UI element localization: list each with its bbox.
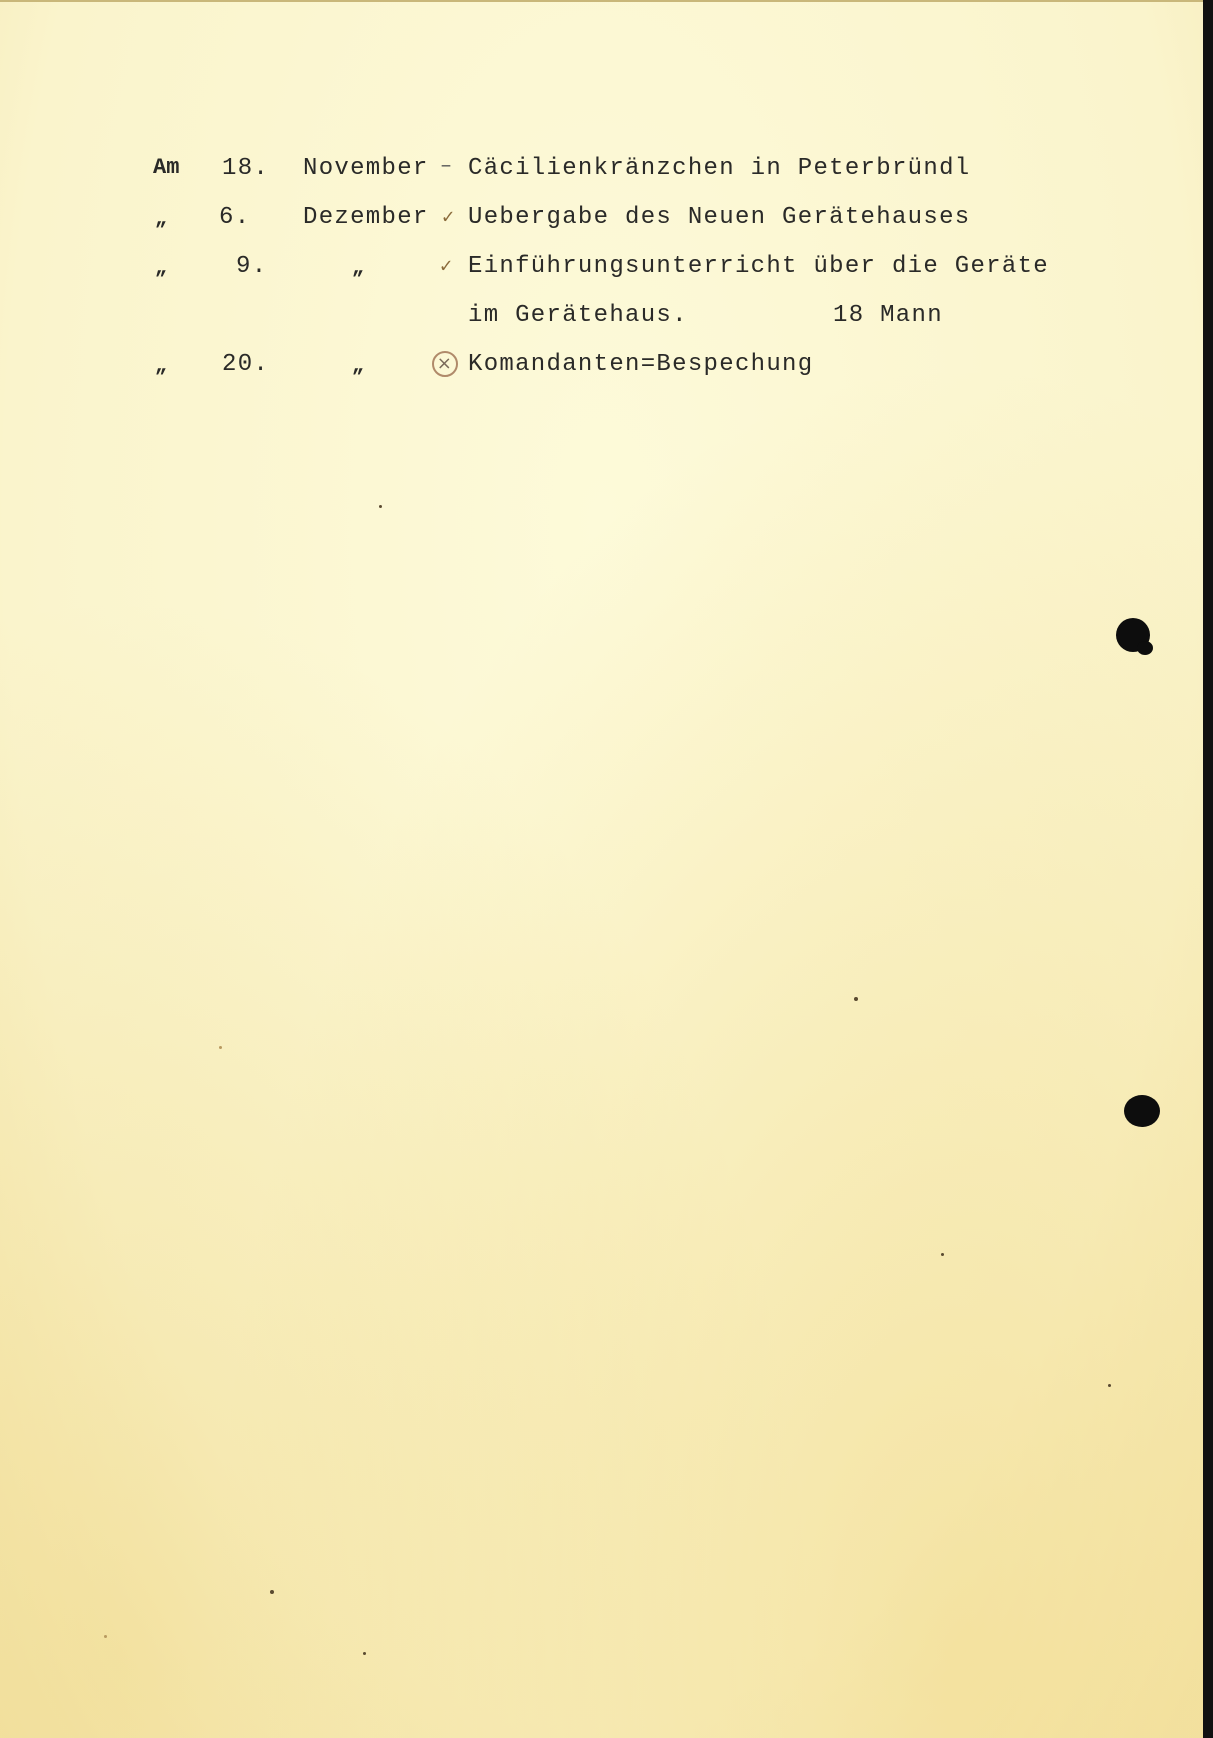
ditto-mark: „ [352,355,365,378]
paper-speck [941,1253,944,1256]
entry-row: Am 18. November – Cäcilienkränzchen in P… [0,155,63,185]
checkmark-icon: ✓ [440,253,453,279]
entry-text: Uebergabe des Neuen Gerätehauses [468,204,970,231]
entry-row: „ 20. „ × Komandanten=Bespechung [0,351,63,381]
paper-speck [219,1046,222,1049]
paper-speck [854,997,858,1001]
entry-prefix: Am [153,155,179,180]
entry-day: 9. [236,253,267,280]
entry-continuation-row: im Gerätehaus. 18 Mann [0,302,63,332]
circled-x-mark-icon: × [432,351,458,377]
punch-hole-lower [1124,1095,1160,1127]
entry-continuation-text: im Gerätehaus. [468,302,688,329]
entry-text: Einführungsunterricht über die Geräte [468,253,1049,280]
punch-hole-upper-tear [1137,641,1153,655]
entry-day: 20. [222,351,269,378]
ditto-mark: „ [352,257,365,280]
entry-text: Cäcilienkränzchen in Peterbründl [468,155,970,182]
entry-month: Dezember [303,204,429,231]
ditto-mark: „ [155,208,168,231]
page-top-edge [0,0,1203,2]
entry-day: 18. [222,155,269,182]
paper-speck [270,1590,274,1594]
ditto-mark: „ [155,257,168,280]
scan-edge-border [1203,0,1213,1738]
paper-speck [363,1652,366,1655]
paper-speck [379,505,382,508]
paper-speck [104,1635,107,1638]
typed-document-page: Am 18. November – Cäcilienkränzchen in P… [0,0,1203,1738]
entry-text: Komandanten=Bespechung [468,351,813,378]
dash-mark-icon: – [440,155,453,178]
entry-row: „ 9. „ ✓ Einführungsunterricht über die … [0,253,63,283]
entry-day: 6. [219,204,250,231]
ditto-mark: „ [155,355,168,378]
entry-row: „ 6. Dezember ✓ Uebergabe des Neuen Gerä… [0,204,63,234]
entry-count: 18 Mann [833,302,943,329]
entry-month: November [303,155,429,182]
paper-speck [1108,1384,1111,1387]
checkmark-icon: ✓ [442,204,455,230]
